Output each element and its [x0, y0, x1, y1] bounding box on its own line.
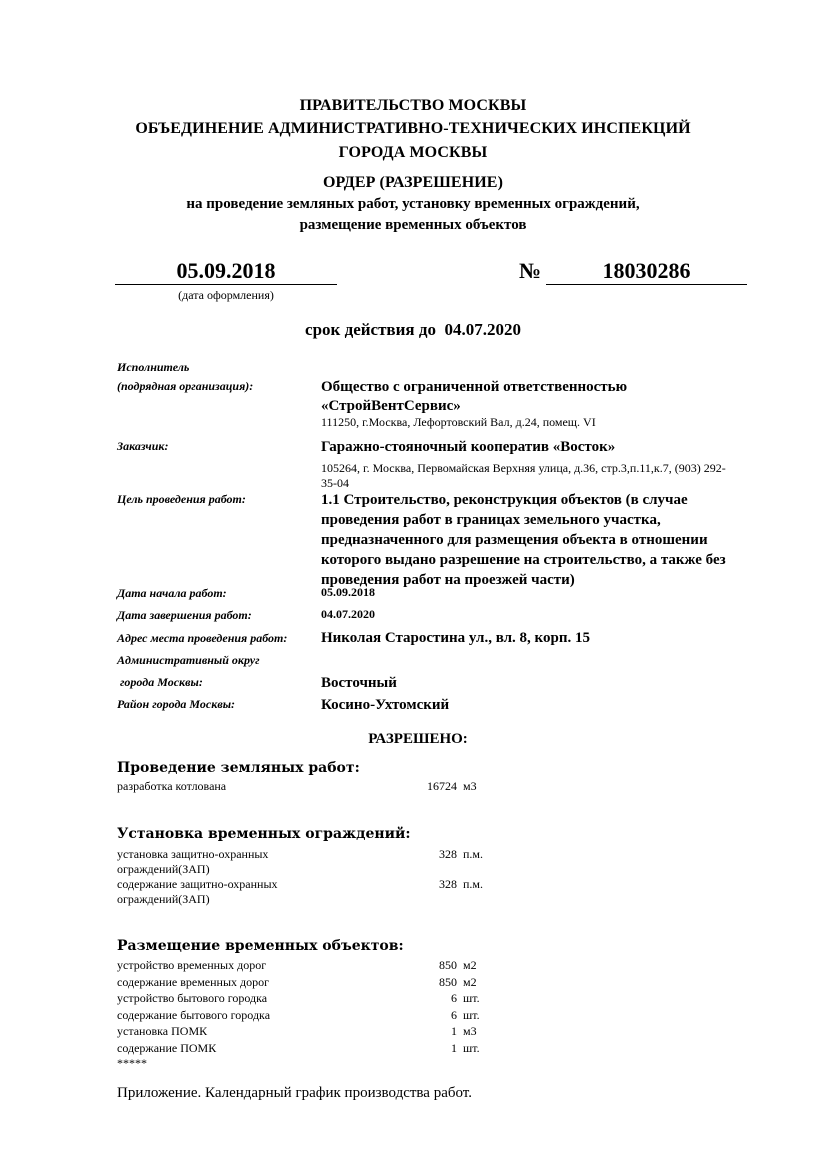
end-date-label: Дата завершения работ:: [117, 608, 252, 623]
order-subtitle-2: размещение временных объектов: [0, 217, 826, 234]
appendix-note: Приложение. Календарный график производс…: [117, 1085, 472, 1102]
item-name: разработка котлована: [117, 779, 226, 794]
item-name-line: ограждений(ЗАП): [117, 862, 268, 877]
purpose-line: которого выдано разрешение на строительс…: [321, 550, 726, 570]
item-name: устройство временных дорог: [117, 958, 266, 973]
customer-address-2: 35-04: [321, 476, 349, 491]
item-name: содержание ПОМК: [117, 1041, 216, 1056]
purpose-line: проведения работ в границах земельного у…: [321, 510, 726, 530]
purpose-line: проведения работ на проезжей части): [321, 570, 726, 590]
validity-date: 04.07.2020: [444, 320, 521, 339]
item-qty: 328: [377, 877, 457, 892]
okrug-label-2: города Москвы:: [117, 675, 203, 690]
purpose-line: 1.1 Строительство, реконструкция объекто…: [321, 490, 726, 510]
section-fences-title: Установка временных ограждений:: [117, 826, 411, 842]
end-date-value: 04.07.2020: [321, 607, 375, 622]
customer-address-1: 105264, г. Москва, Первомайская Верхняя …: [321, 461, 726, 476]
item-qty: 328: [377, 847, 457, 862]
item-qty: 16724: [377, 779, 457, 794]
contractor-label-2: (подрядная организация):: [117, 379, 253, 394]
district-value: Косино-Ухтомский: [321, 695, 449, 715]
item-unit: м2: [463, 958, 477, 973]
purpose-label: Цель проведения работ:: [117, 492, 246, 507]
section-earthworks-title: Проведение земляных работ:: [117, 760, 360, 776]
item-name-line: установка защитно-охранных: [117, 847, 268, 862]
customer-name: Гаражно-стояночный кооператив «Восток»: [321, 437, 615, 457]
item-name: установка защитно-охранных ограждений(ЗА…: [117, 847, 268, 877]
item-unit: шт.: [463, 991, 480, 1006]
item-name: содержание бытового городка: [117, 1008, 270, 1023]
item-name: содержание временных дорог: [117, 975, 269, 990]
start-date-value: 05.09.2018: [321, 585, 375, 600]
item-qty: 1: [377, 1024, 457, 1039]
site-address-value: Николая Старостина ул., вл. 8, корп. 15: [321, 628, 590, 648]
issue-date-caption: (дата оформления): [115, 288, 337, 303]
order-title: ОРДЕР (РАЗРЕШЕНИЕ): [0, 174, 826, 192]
item-name-line: ограждений(ЗАП): [117, 892, 278, 907]
header-city: ГОРОДА МОСКВЫ: [0, 144, 826, 162]
okrug-label-1: Административный округ: [117, 653, 260, 668]
header-government: ПРАВИТЕЛЬСТВО МОСКВЫ: [0, 97, 826, 115]
item-unit: п.м.: [463, 877, 483, 892]
item-name: содержание защитно-охранных ограждений(З…: [117, 877, 278, 907]
validity-label: срок действия до: [305, 320, 436, 339]
item-qty: 850: [377, 958, 457, 973]
item-name: устройство бытового городка: [117, 991, 267, 1006]
permitted-title: РАЗРЕШЕНО:: [0, 731, 826, 748]
item-unit: м3: [463, 779, 477, 794]
site-address-label: Адрес места проведения работ:: [117, 631, 287, 646]
district-label: Район города Москвы:: [117, 697, 235, 712]
item-unit: м3: [463, 1024, 477, 1039]
header-agency: ОБЪЕДИНЕНИЕ АДМИНИСТРАТИВНО-ТЕХНИЧЕСКИХ …: [0, 120, 826, 138]
purpose-line: предназначенного для размещения объекта …: [321, 530, 726, 550]
item-unit: шт.: [463, 1008, 480, 1023]
contractor-address: 111250, г.Москва, Лефортовский Вал, д.24…: [321, 415, 596, 430]
item-unit: м2: [463, 975, 477, 990]
issue-date: 05.09.2018: [115, 257, 337, 285]
item-name: установка ПОМК: [117, 1024, 207, 1039]
number-sign: №: [519, 257, 541, 284]
customer-label: Заказчик:: [117, 439, 168, 454]
item-qty: 850: [377, 975, 457, 990]
start-date-label: Дата начала работ:: [117, 586, 227, 601]
validity-line: срок действия до 04.07.2020: [0, 320, 826, 340]
contractor-label-1: Исполнитель: [117, 360, 189, 375]
contractor-name-2: «СтройВентСервис»: [321, 396, 461, 416]
order-number: 18030286: [546, 257, 747, 285]
purpose-value: 1.1 Строительство, реконструкция объекто…: [321, 490, 726, 590]
item-name-line: содержание защитно-охранных: [117, 877, 278, 892]
item-unit: п.м.: [463, 847, 483, 862]
section-temporary-objects-title: Размещение временных объектов:: [117, 938, 404, 954]
contractor-name-1: Общество с ограниченной ответственностью: [321, 377, 627, 397]
item-qty: 1: [377, 1041, 457, 1056]
item-qty: 6: [377, 991, 457, 1006]
stars-separator: *****: [117, 1056, 147, 1071]
okrug-value: Восточный: [321, 673, 397, 693]
item-qty: 6: [377, 1008, 457, 1023]
item-unit: шт.: [463, 1041, 480, 1056]
order-subtitle-1: на проведение земляных работ, установку …: [0, 196, 826, 213]
